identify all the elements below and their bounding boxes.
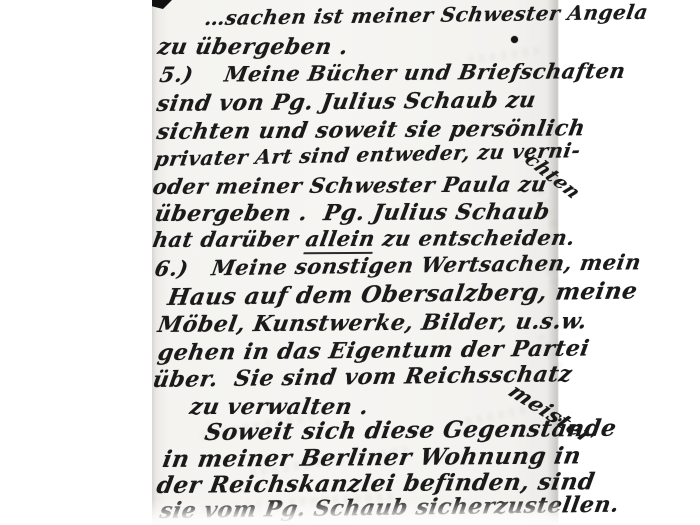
handwriting-text: übergeben . Pg. Julius Schaub xyxy=(153,199,552,227)
handwriting-text: hat darüber xyxy=(151,226,308,252)
handwriting-text: zu entscheiden. xyxy=(373,225,577,251)
handwriting-text: oder meiner Schwester Paula zu xyxy=(151,171,549,199)
ink-dot xyxy=(511,36,518,43)
handwriting-line: zu verwalten . xyxy=(188,394,371,420)
handwriting-text: 5.) Meine Bücher und Briefschaften xyxy=(158,58,628,87)
handwriting-text: Möbel, Kunstwerke, Bilder, u.s.w. xyxy=(156,308,589,338)
bottom-fade xyxy=(152,499,559,525)
handwriting-line-underlined: hat darüber allein zu entscheiden. xyxy=(151,225,577,252)
handwriting-line-section-5: 5.) Meine Bücher und Briefschaften xyxy=(158,58,628,87)
scanned-document: …sachen ist meiner Schwester Angelazu üb… xyxy=(0,0,700,525)
underlined-word: allein xyxy=(303,226,377,254)
handwriting-text: Haus auf dem Obersalzberg, meine xyxy=(166,277,640,311)
handwriting-text: zu übergeben . xyxy=(156,34,351,60)
handwriting-text: zu verwalten . xyxy=(188,394,371,420)
handwriting-line: zu übergeben . xyxy=(156,34,351,60)
corner-mark xyxy=(152,0,172,9)
handwriting-line: …sachen ist meiner Schwester Angela xyxy=(203,0,650,30)
handwriting-text: 6.) Meine sonstigen Wertsachen, mein xyxy=(153,249,643,281)
handwriting-line: Soweit sich diese Gegenstände xyxy=(203,415,619,446)
paper-page: …sachen ist meiner Schwester Angelazu üb… xyxy=(152,0,559,525)
handwriting-line: oder meiner Schwester Paula zu xyxy=(151,171,549,199)
handwriting-line: Möbel, Kunstwerke, Bilder, u.s.w. xyxy=(156,308,589,338)
handwriting-line: Haus auf dem Obersalzberg, meine xyxy=(166,277,640,311)
handwriting-text: …sachen ist meiner Schwester Angela xyxy=(203,0,650,30)
handwriting-line-section-6: 6.) Meine sonstigen Wertsachen, mein xyxy=(153,249,643,281)
handwriting-text: sind von Pg. Julius Schaub zu xyxy=(155,87,538,117)
handwriting-line: übergeben . Pg. Julius Schaub xyxy=(153,199,552,227)
handwriting-line: sind von Pg. Julius Schaub zu xyxy=(155,87,538,117)
handwriting-text: Soweit sich diese Gegenstände xyxy=(203,415,619,446)
